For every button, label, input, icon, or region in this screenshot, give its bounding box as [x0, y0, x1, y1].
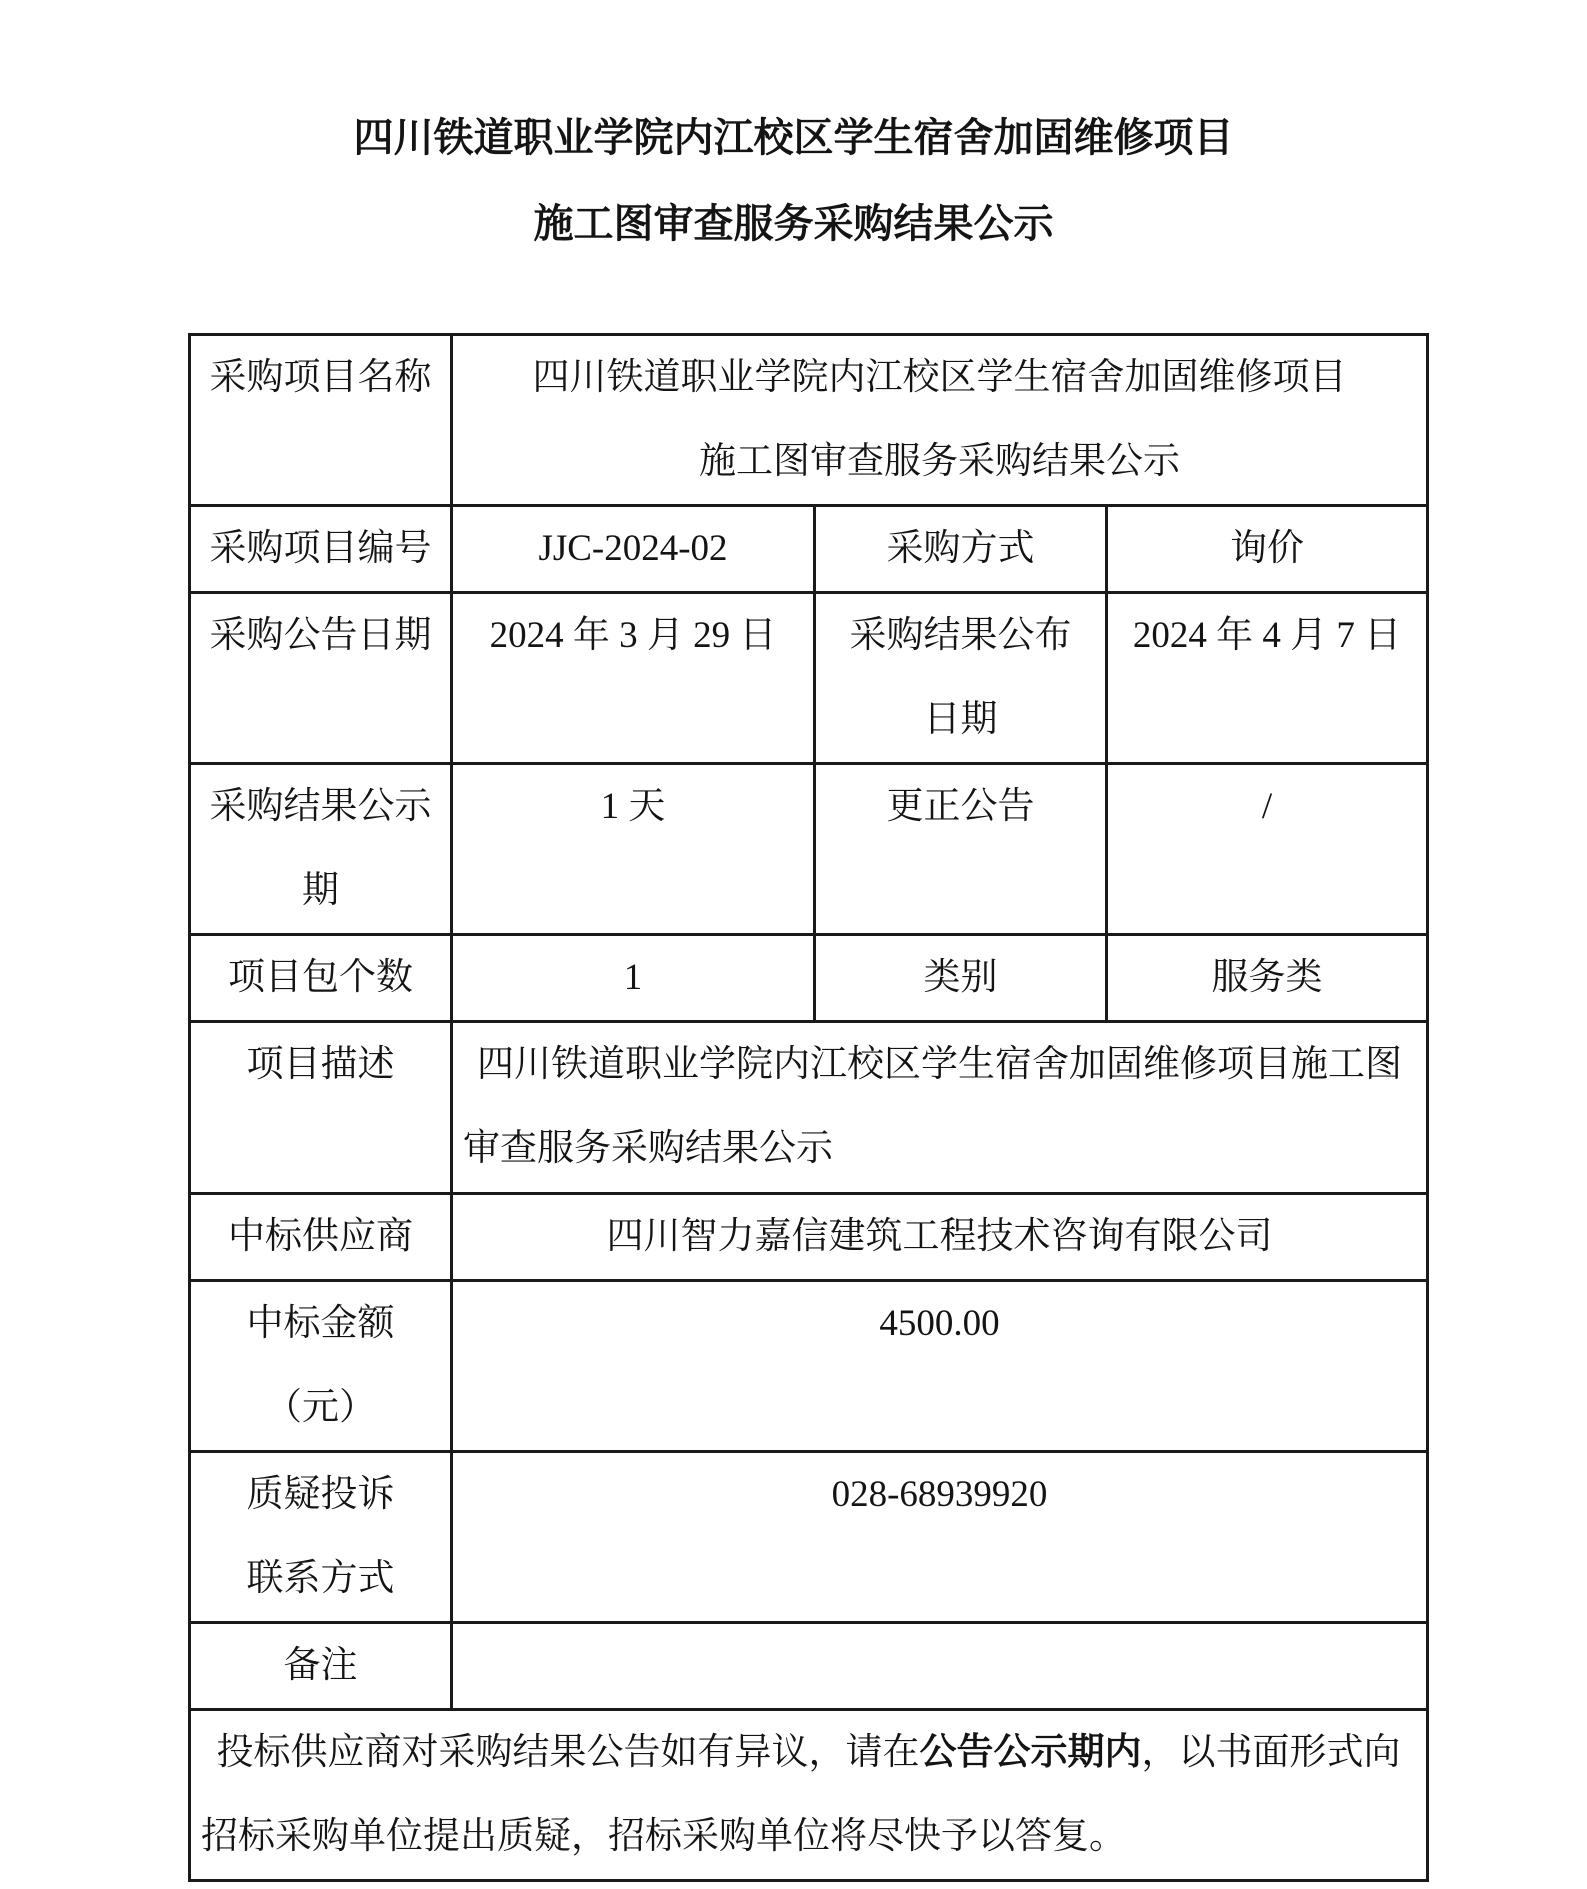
cell-category-label: 类别: [815, 935, 1107, 1022]
cell-publicity-period-label: 采购结果公示 期: [190, 764, 452, 935]
row-winning-amount: 中标金额（元） 4500.00: [190, 1281, 1428, 1452]
row-objection-notice: 投标供应商对采购结果公告如有异议，请在公告公示期内，以书面形式向招标采购单位提出…: [190, 1710, 1428, 1881]
cell-description-label: 项目描述: [190, 1022, 452, 1194]
cell-project-name-value: 四川铁道职业学院内江校区学生宿舍加固维修项目 施工图审查服务采购结果公示: [452, 335, 1428, 506]
cell-winning-amount-label: 中标金额（元）: [190, 1281, 452, 1452]
cell-package-count-value: 1: [452, 935, 815, 1022]
row-project-no-method: 采购项目编号 JJC-2024-02 采购方式 询价: [190, 506, 1428, 593]
notice-text-bold: 公告公示期内: [920, 1732, 1142, 1773]
cell-winning-supplier-label: 中标供应商: [190, 1194, 452, 1281]
row-complaint-contact: 质疑投诉 联系方式 028-68939920: [190, 1452, 1428, 1623]
title-line-2: 施工图审查服务采购结果公示: [0, 181, 1587, 267]
row-dates: 采购公告日期 2024 年 3 月 29 日 采购结果公布 日期 2024 年 …: [190, 593, 1428, 764]
row-winning-supplier: 中标供应商 四川智力嘉信建筑工程技术咨询有限公司: [190, 1194, 1428, 1281]
row-description: 项目描述 四川铁道职业学院内江校区学生宿舍加固维修项目施工图审查服务采购结果公示: [190, 1022, 1428, 1194]
cell-package-count-label: 项目包个数: [190, 935, 452, 1022]
publicity-period-label-line-2: 期: [201, 849, 440, 933]
cell-winning-amount-value: 4500.00: [452, 1281, 1428, 1452]
complaint-contact-label-line-1: 质疑投诉: [201, 1453, 440, 1537]
cell-publicity-period-value: 1 天: [452, 764, 815, 935]
publicity-period-label-line-1: 采购结果公示: [201, 765, 440, 849]
cell-project-no-label: 采购项目编号: [190, 506, 452, 593]
cell-objection-notice: 投标供应商对采购结果公告如有异议，请在公告公示期内，以书面形式向招标采购单位提出…: [190, 1710, 1428, 1881]
cell-correction-value: /: [1107, 764, 1428, 935]
cell-remarks-value: [452, 1623, 1428, 1710]
result-date-label-line-1: 采购结果公布: [826, 594, 1095, 678]
cell-category-value: 服务类: [1107, 935, 1428, 1022]
cell-complaint-contact-value: 028-68939920: [452, 1452, 1428, 1623]
notice-text-prefix: 投标供应商对采购结果公告如有异议，请在: [217, 1732, 920, 1773]
cell-method-label: 采购方式: [815, 506, 1107, 593]
project-name-value-line-2: 施工图审查服务采购结果公示: [463, 420, 1416, 504]
complaint-contact-label-line-2: 联系方式: [201, 1537, 440, 1621]
project-name-value-line-1: 四川铁道职业学院内江校区学生宿舍加固维修项目: [463, 336, 1416, 420]
cell-announce-date-value: 2024 年 3 月 29 日: [452, 593, 815, 764]
row-package-category: 项目包个数 1 类别 服务类: [190, 935, 1428, 1022]
cell-winning-supplier-value: 四川智力嘉信建筑工程技术咨询有限公司: [452, 1194, 1428, 1281]
title-line-1: 四川铁道职业学院内江校区学生宿舍加固维修项目: [0, 95, 1587, 181]
cell-project-name-label: 采购项目名称: [190, 335, 452, 506]
cell-method-value: 询价: [1107, 506, 1428, 593]
row-project-name: 采购项目名称 四川铁道职业学院内江校区学生宿舍加固维修项目 施工图审查服务采购结…: [190, 335, 1428, 506]
cell-complaint-contact-label: 质疑投诉 联系方式: [190, 1452, 452, 1623]
result-date-label-line-2: 日期: [826, 678, 1095, 762]
document-title: 四川铁道职业学院内江校区学生宿舍加固维修项目 施工图审查服务采购结果公示: [0, 0, 1587, 267]
row-remarks: 备注: [190, 1623, 1428, 1710]
cell-project-no-value: JJC-2024-02: [452, 506, 815, 593]
row-publicity-correction: 采购结果公示 期 1 天 更正公告 /: [190, 764, 1428, 935]
cell-remarks-label: 备注: [190, 1623, 452, 1710]
procurement-result-table: 采购项目名称 四川铁道职业学院内江校区学生宿舍加固维修项目 施工图审查服务采购结…: [188, 333, 1429, 1882]
cell-result-date-value: 2024 年 4 月 7 日: [1107, 593, 1428, 764]
cell-announce-date-label: 采购公告日期: [190, 593, 452, 764]
cell-result-date-label: 采购结果公布 日期: [815, 593, 1107, 764]
cell-correction-label: 更正公告: [815, 764, 1107, 935]
cell-description-value: 四川铁道职业学院内江校区学生宿舍加固维修项目施工图审查服务采购结果公示: [452, 1022, 1428, 1194]
